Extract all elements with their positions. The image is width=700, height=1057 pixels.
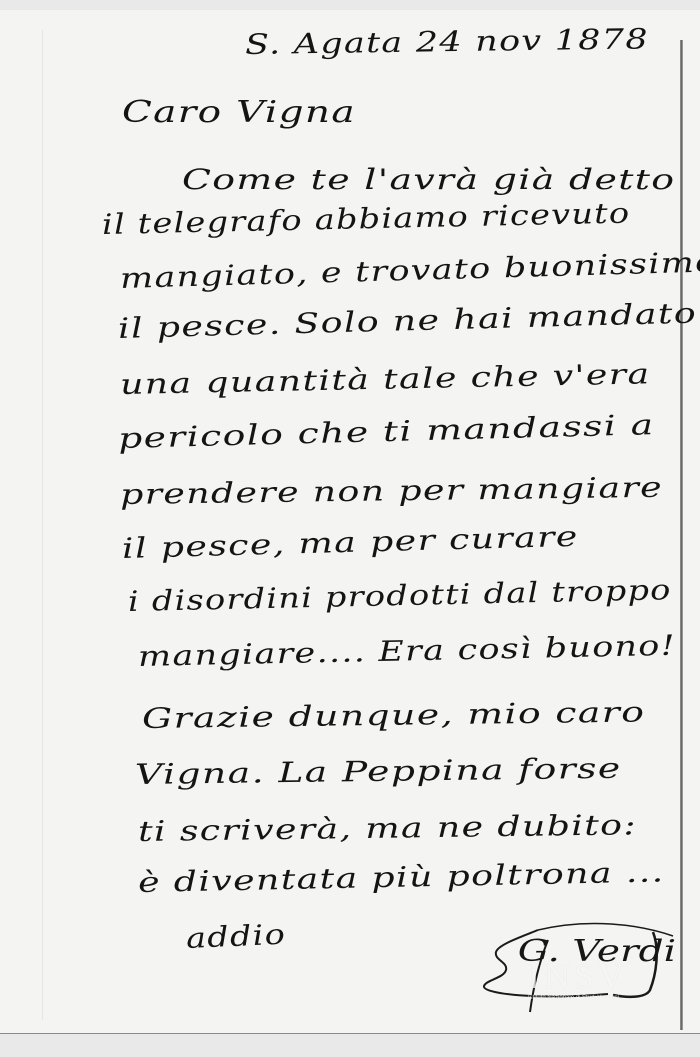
page-fold-line xyxy=(42,30,43,1020)
letter-salutation: Caro Vigna xyxy=(122,95,356,130)
signature: G. Verdi xyxy=(478,920,678,1020)
page-edge-shadow xyxy=(680,40,683,1030)
signature-name: G. Verdi xyxy=(518,934,676,969)
letter-line: ti scriverà, ma ne dubito: xyxy=(138,808,638,848)
letter-line: Grazie dunque, mio caro xyxy=(142,695,646,735)
letter-line: Come te l'avrà già detto xyxy=(182,163,675,196)
letter-date-line: S. Agata 24 nov 1878 xyxy=(245,22,650,61)
letter-closing: addio xyxy=(185,918,287,955)
letter-line: Vigna. La Peppina forse xyxy=(135,752,622,791)
